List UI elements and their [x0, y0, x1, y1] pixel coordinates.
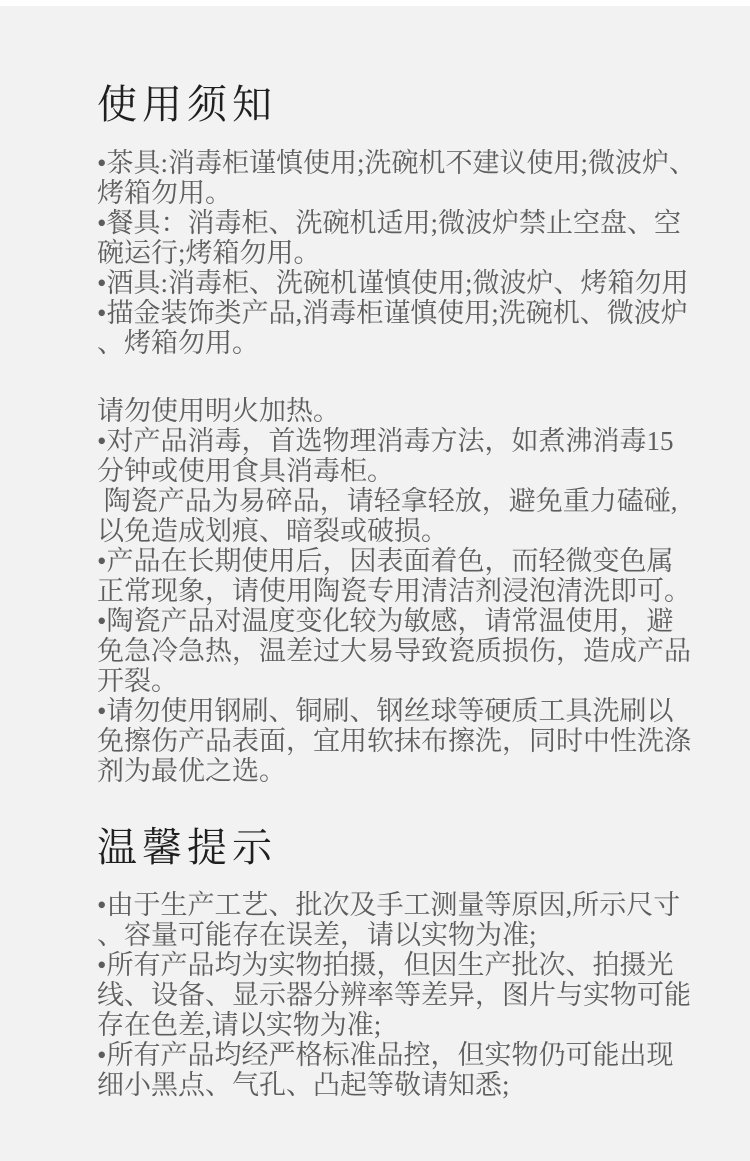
- tip-quality-control: •所有产品均经严格标准品控，但实物仍可能出现细小黑点、气孔、凸起等敬请知悉;: [97, 1040, 699, 1100]
- care-line-discoloration: •产品在长期使用后，因表面着色，而轻微变色属正常现象，请使用陶瓷专用清洁剂浸泡清…: [97, 546, 699, 606]
- care-line-disinfection: •对产品消毒，首选物理消毒方法，如煮沸消毒15分钟或使用食具消毒柜。: [97, 426, 699, 486]
- usage-notice-title: 使用须知: [97, 85, 700, 125]
- usage-notice-section: 使用须知 •茶具:消毒柜谨慎使用;洗碗机不建议使用;微波炉、烤箱勿用。 •餐具：…: [97, 85, 700, 786]
- tip-color-difference: •所有产品均为实物拍摄，但因生产批次、拍摄光线、设备、显示器分辨率等差异，图片与…: [97, 950, 699, 1040]
- warm-tips-title: 温馨提示: [97, 828, 700, 868]
- tip-size-tolerance: •由于生产工艺、批次及手工测量等原因,所示尺寸、容量可能存在误差，请以实物为准;: [97, 890, 699, 950]
- usage-bullet-gilded-products: •描金装饰类产品,消毒柜谨慎使用;洗碗机、微波炉、烤箱勿用。: [97, 298, 699, 358]
- appliance-usage-list: •茶具:消毒柜谨慎使用;洗碗机不建议使用;微波炉、烤箱勿用。 •餐具：消毒柜、洗…: [97, 148, 699, 358]
- care-instructions-list: 请勿使用明火加热。 •对产品消毒，首选物理消毒方法，如煮沸消毒15分钟或使用食具…: [97, 396, 699, 786]
- care-line-no-open-flame: 请勿使用明火加热。: [97, 396, 699, 426]
- usage-bullet-teaware: •茶具:消毒柜谨慎使用;洗碗机不建议使用;微波炉、烤箱勿用。: [97, 148, 699, 208]
- warm-tips-section: 温馨提示 •由于生产工艺、批次及手工测量等原因,所示尺寸、容量可能存在误差，请以…: [97, 828, 700, 1100]
- care-line-fragile: 陶瓷产品为易碎品，请轻拿轻放，避免重力磕碰,以免造成划痕、暗裂或破损。: [97, 486, 699, 546]
- usage-bullet-drinkware: •酒具:消毒柜、洗碗机谨慎使用;微波炉、烤箱勿用: [97, 268, 699, 298]
- care-line-no-hard-brush: •请勿使用钢刷、铜刷、钢丝球等硬质工具洗刷以免擦伤产品表面，宜用软抹布擦洗，同时…: [97, 696, 699, 786]
- care-line-temperature: •陶瓷产品对温度变化较为敏感，请常温使用，避免急冷急热，温差过大易导致瓷质损伤，…: [97, 606, 699, 696]
- product-description-page: 使用须知 •茶具:消毒柜谨慎使用;洗碗机不建议使用;微波炉、烤箱勿用。 •餐具：…: [0, 0, 750, 1161]
- usage-bullet-tableware: •餐具：消毒柜、洗碗机适用;微波炉禁止空盘、空碗运行;烤箱勿用。: [97, 208, 699, 268]
- page-content: 使用须知 •茶具:消毒柜谨慎使用;洗碗机不建议使用;微波炉、烤箱勿用。 •餐具：…: [0, 6, 750, 1100]
- warm-tips-list: •由于生产工艺、批次及手工测量等原因,所示尺寸、容量可能存在误差，请以实物为准;…: [97, 890, 699, 1100]
